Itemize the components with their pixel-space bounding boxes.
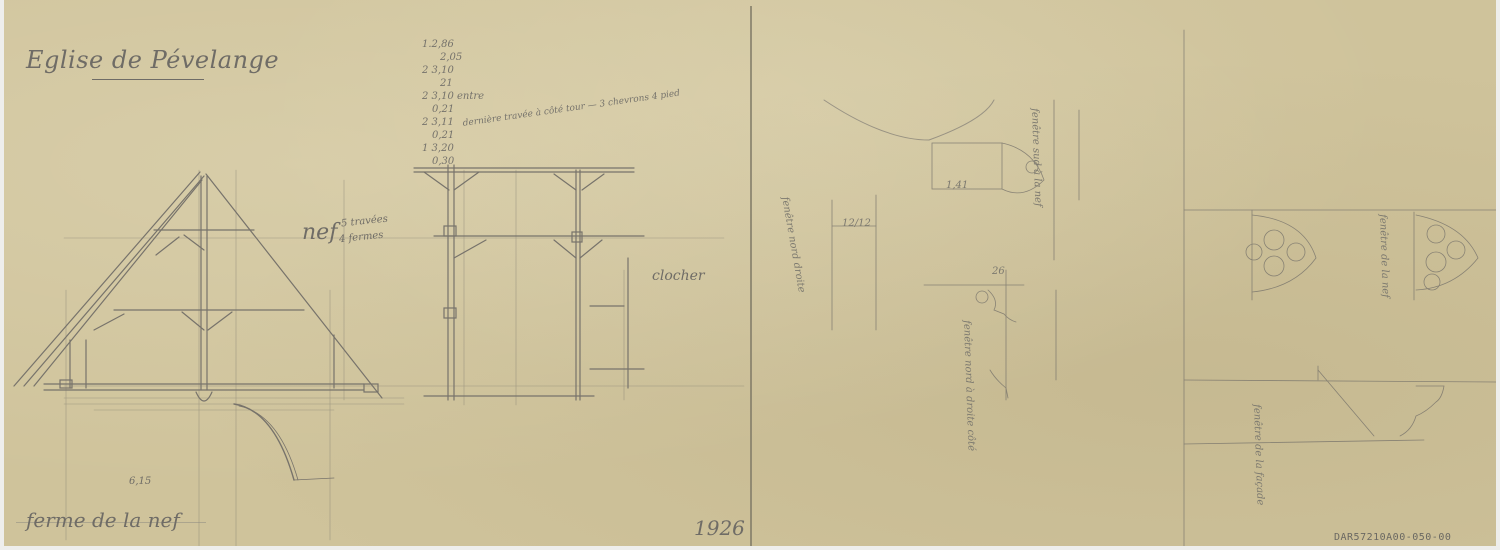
note-line: 1.2,86 — [422, 38, 484, 51]
bell-tower-label: clocher — [652, 268, 705, 284]
note-line: 0,21 — [422, 129, 484, 142]
note-line: 0,30 — [422, 155, 484, 168]
note-line: 2 3,10 entre — [422, 90, 484, 103]
drawing-caption: ferme de la nef — [26, 508, 180, 532]
note-line: 2 3,10 — [422, 64, 484, 77]
dimension-label: 26 — [992, 266, 1005, 277]
note-line: 0,21 — [422, 103, 484, 116]
drawing-sheet: Eglise de Pévelange 1.2,86 2,05 2 3,10 2… — [4, 0, 1496, 546]
dimension-label: 1,41 — [946, 180, 968, 191]
nave-label: nef — [302, 220, 337, 245]
span-dimension: 6,15 — [129, 476, 151, 487]
drawing-title: Eglise de Pévelange — [26, 46, 279, 74]
calculation-notes: 1.2,86 2,05 2 3,10 21 2 3,10 entre 0,21 … — [422, 38, 484, 168]
note-line: 21 — [422, 77, 484, 90]
title-underline — [92, 79, 204, 80]
pencil-drawing — [4, 0, 1496, 546]
dimension-label: 12/12 — [842, 218, 871, 229]
archive-reference: DAR57210A00-050-00 — [1334, 532, 1451, 543]
year-annotation: 1926 — [694, 516, 745, 540]
note-line: 1 3,20 — [422, 142, 484, 155]
note-line: 2,05 — [422, 51, 484, 64]
